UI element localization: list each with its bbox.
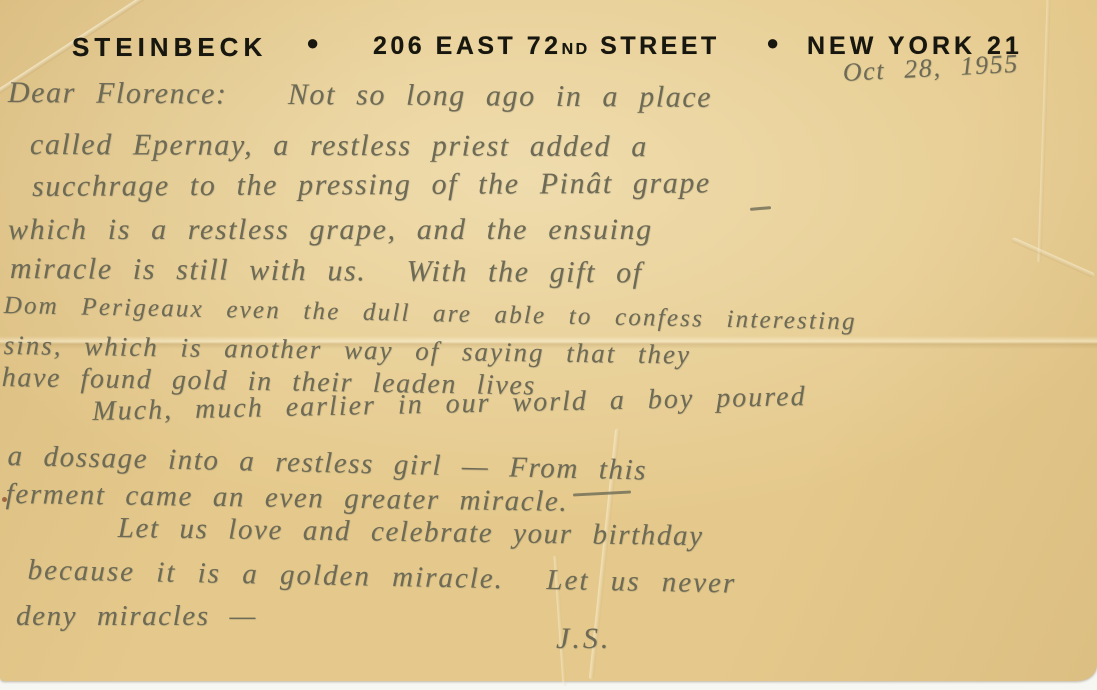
handwritten-line: succhrage to the pressing of the Pinât g… <box>32 166 711 204</box>
handwritten-line: Dear Florence: Not so long ago in a plac… <box>8 76 713 115</box>
letterhead-address: 206 EAST 72ND STREET <box>373 32 720 61</box>
signature: J.S. <box>556 622 611 656</box>
letterhead-address-street: STREET <box>590 32 720 60</box>
handwritten-line: ferment came an even greater miracle. <box>6 478 569 519</box>
handwritten-line: Dom Perigeaux even the dull are able to … <box>3 292 856 336</box>
pencil-underline <box>573 490 631 496</box>
pencil-underline <box>750 206 771 210</box>
handwritten-line: because it is a golden miracle. Let us n… <box>27 554 736 601</box>
handwritten-line: deny miracles — <box>16 600 257 633</box>
postcard-paper: STEINBECK ● 206 EAST 72ND STREET ● NEW Y… <box>0 0 1097 681</box>
handwritten-line: miracle is still with us. With the gift … <box>10 252 643 290</box>
crease-mark <box>1037 0 1050 262</box>
bullet-separator-icon: ● <box>766 30 779 56</box>
letterhead-address-number: 206 EAST 72 <box>373 32 562 60</box>
letterhead-address-ordinal: ND <box>562 41 590 58</box>
bullet-separator-icon: ● <box>306 30 319 56</box>
handwritten-line: called Epernay, a restless priest added … <box>30 128 648 164</box>
handwritten-line: which is a restless grape, and the ensui… <box>8 213 653 247</box>
letterhead-name: STEINBECK <box>72 32 267 63</box>
handwritten-line: Let us love and celebrate your birthday <box>118 512 704 553</box>
scanned-postcard: STEINBECK ● 206 EAST 72ND STREET ● NEW Y… <box>0 0 1097 690</box>
crease-mark <box>1011 237 1095 278</box>
